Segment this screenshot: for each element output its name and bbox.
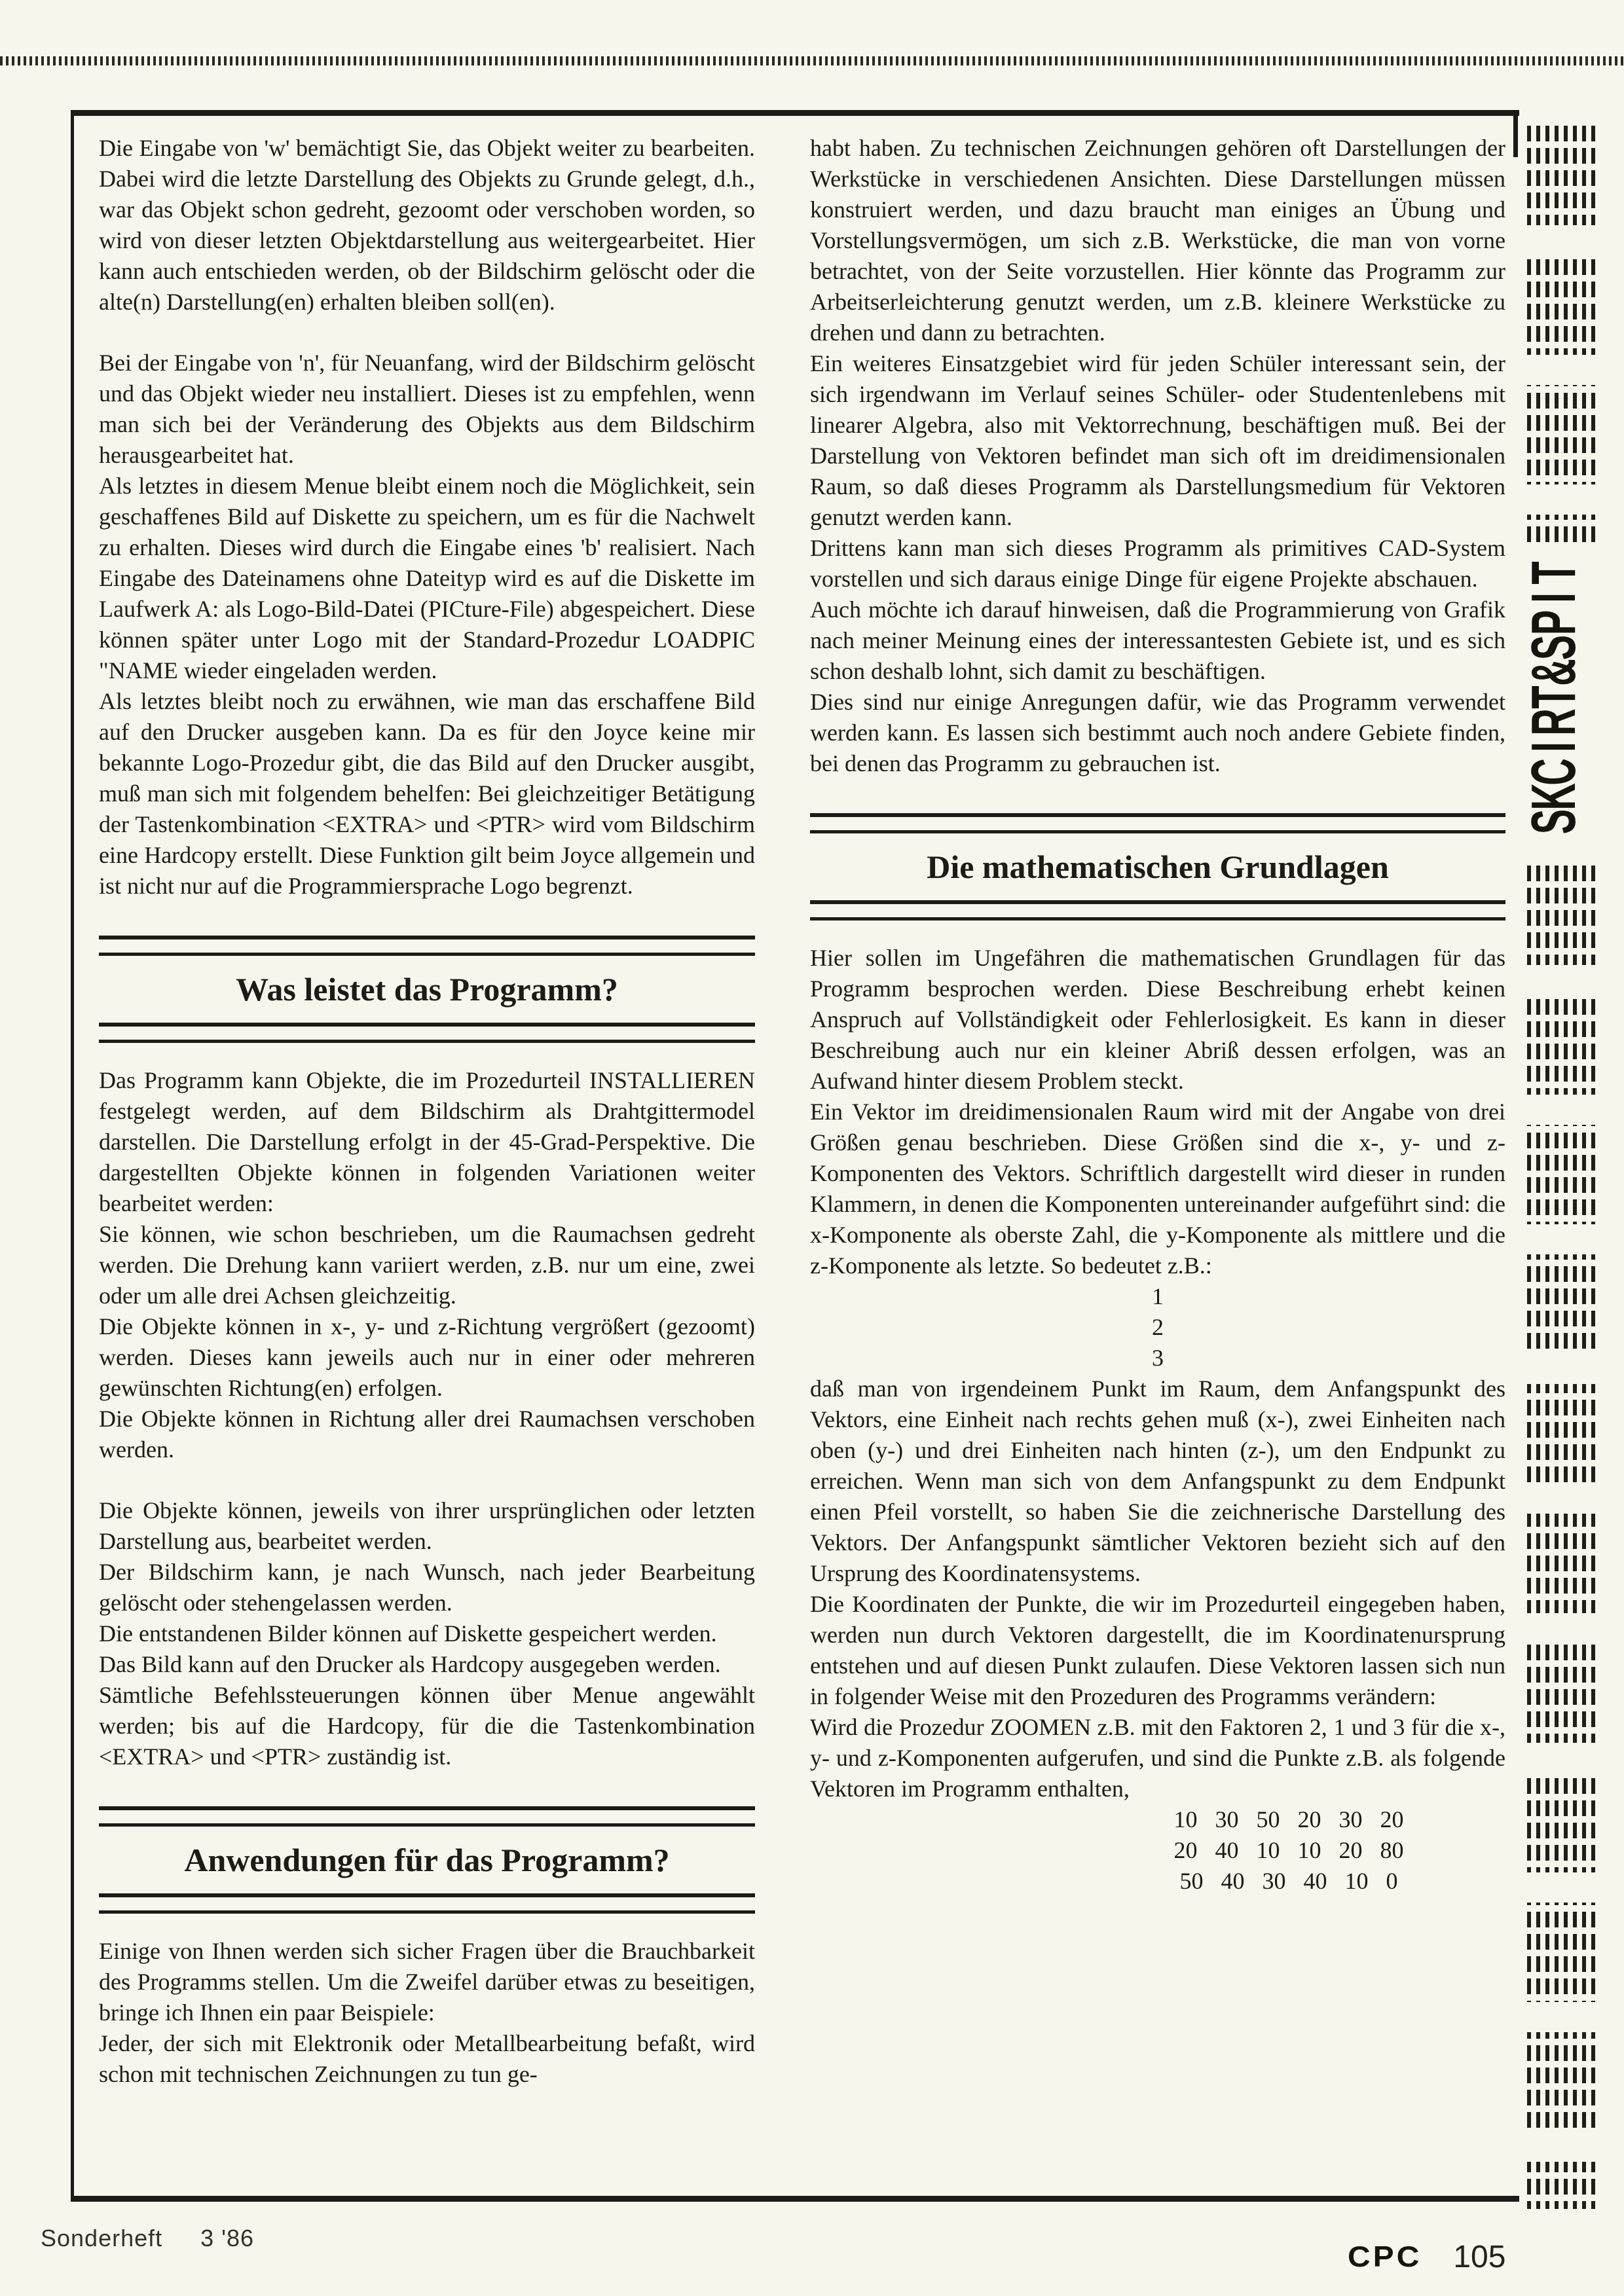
body-paragraph: Sämtliche Befehlssteuerungen können über… <box>99 1680 755 1772</box>
section-title: Anwendungen für das Programm? <box>99 1841 755 1879</box>
section-heading-block: Die mathematischen Grundlagen <box>810 813 1505 920</box>
body-paragraph: Jeder, der sich mit Elektronik oder Meta… <box>99 2028 755 2090</box>
vector-example: 1 2 3 <box>810 1281 1505 1374</box>
edge-dash-pattern <box>1527 126 1600 546</box>
body-paragraph: Als letztes in diesem Menue bleibt einem… <box>99 471 755 686</box>
magazine-name: Sonderheft <box>41 2225 162 2251</box>
heading-rule <box>99 936 755 956</box>
body-paragraph: Sie können, wie schon beschrieben, um di… <box>99 1219 755 1311</box>
magazine-page: Die Eingabe von 'w' bemächtigt Sie, das … <box>0 0 1624 2296</box>
vector-component-x: 1 <box>810 1281 1505 1312</box>
body-paragraph: habt haben. Zu technischen Zeichnungen g… <box>810 133 1505 348</box>
body-paragraph: Wird die Prozedur ZOOMEN z.B. mit den Fa… <box>810 1712 1505 1804</box>
body-paragraph: Als letztes bleibt noch zu erwähnen, wie… <box>99 686 755 902</box>
right-column: habt haben. Zu technischen Zeichnungen g… <box>810 133 1505 2179</box>
section-heading-block: Was leistet das Programm? <box>99 936 755 1043</box>
body-paragraph: Ein Vektor im dreidimensionalen Raum wir… <box>810 1097 1505 1281</box>
body-paragraph: Die Objekte können in Richtung aller dre… <box>99 1404 755 1465</box>
page-number: 105 <box>1453 2239 1505 2275</box>
vector-component-y: 2 <box>810 1312 1505 1343</box>
cpc-logo: CPC <box>1348 2240 1422 2274</box>
body-paragraph: Einige von Ihnen werden sich sicher Frag… <box>99 1936 755 2028</box>
section-title: Die mathematischen Grundlagen <box>810 848 1505 886</box>
heading-rule <box>99 1806 755 1827</box>
body-paragraph: Die Eingabe von 'w' bemächtigt Sie, das … <box>99 133 755 318</box>
tips-and-tricks-tab: TIPS&TRICKS <box>1518 560 1590 834</box>
heading-rule <box>810 813 1505 833</box>
body-paragraph: Die entstandenen Bilder können auf Diske… <box>99 1618 755 1649</box>
body-paragraph: Drittens kann man sich dieses Programm a… <box>810 533 1505 594</box>
left-column: Die Eingabe von 'w' bemächtigt Sie, das … <box>99 133 755 2179</box>
body-paragraph: Hier sollen im Ungefähren die mathematis… <box>810 943 1505 1097</box>
body-paragraph: Der Bildschirm kann, je nach Wunsch, nac… <box>99 1557 755 1618</box>
body-paragraph: Die Koordinaten der Punkte, die wir im P… <box>810 1589 1505 1712</box>
body-paragraph: Bei der Eingabe von 'n', für Neuanfang, … <box>99 348 755 471</box>
top-dotted-rule <box>0 56 1624 65</box>
issue-number: 3 '86 <box>200 2225 254 2251</box>
vector-matrix: 10 30 50 20 30 20 20 40 10 10 20 80 50 4… <box>810 1804 1505 1897</box>
heading-rule <box>810 900 1505 920</box>
article-frame: Die Eingabe von 'w' bemächtigt Sie, das … <box>71 110 1519 2202</box>
body-paragraph: Ein weiteres Einsatzgebiet wird für jede… <box>810 348 1505 533</box>
matrix-row: 20 40 10 10 20 80 <box>1072 1835 1505 1866</box>
body-paragraph: Das Programm kann Objekte, die im Prozed… <box>99 1065 755 1219</box>
body-paragraph: Auch möchte ich darauf hinweisen, daß di… <box>810 594 1505 687</box>
body-paragraph: Dies sind nur einige Anregungen dafür, w… <box>810 687 1505 779</box>
body-paragraph: daß man von irgendeinem Punkt im Raum, d… <box>810 1374 1505 1589</box>
section-heading-block: Anwendungen für das Programm? <box>99 1806 755 1914</box>
footer-page-info: CPC 105 <box>1348 2239 1505 2275</box>
vector-component-z: 3 <box>810 1343 1505 1374</box>
matrix-row: 10 30 50 20 30 20 <box>1072 1804 1505 1835</box>
heading-rule <box>99 1893 755 1914</box>
matrix-row: 50 40 30 40 10 0 <box>1072 1866 1505 1897</box>
footer-issue-info: Sonderheft3 '86 <box>41 2225 254 2252</box>
body-paragraph: Das Bild kann auf den Drucker als Hardco… <box>99 1649 755 1680</box>
edge-dash-pattern <box>1527 866 1600 2209</box>
body-paragraph: Die Objekte können, jeweils von ihrer ur… <box>99 1495 755 1557</box>
heading-rule <box>99 1023 755 1043</box>
frame-corner-hook <box>1513 110 1518 157</box>
tab-letter: S <box>1541 800 1566 843</box>
section-title: Was leistet das Programm? <box>99 970 755 1008</box>
body-paragraph: Die Objekte können in x-, y- und z-Richt… <box>99 1311 755 1404</box>
